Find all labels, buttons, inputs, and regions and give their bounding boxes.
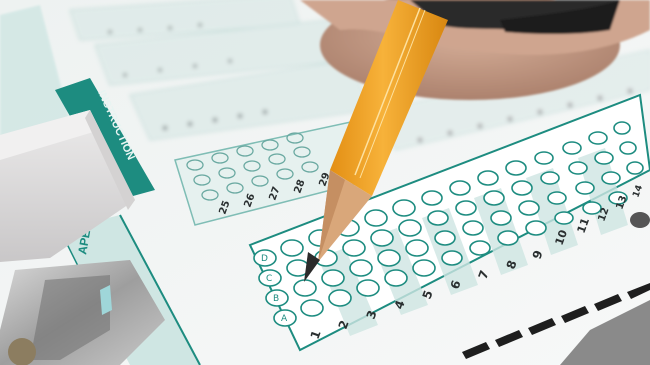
svg-text:A: A: [281, 314, 288, 324]
svg-text:C: C: [266, 274, 272, 284]
photo-scene: Close-up of a hand holding a yellow penc…: [0, 0, 650, 365]
svg-text:B: B: [273, 294, 279, 304]
svg-text:D: D: [261, 254, 268, 264]
answer-sheet-photo: INSTRUCTION APE 25 26 27 28 29: [0, 0, 650, 365]
